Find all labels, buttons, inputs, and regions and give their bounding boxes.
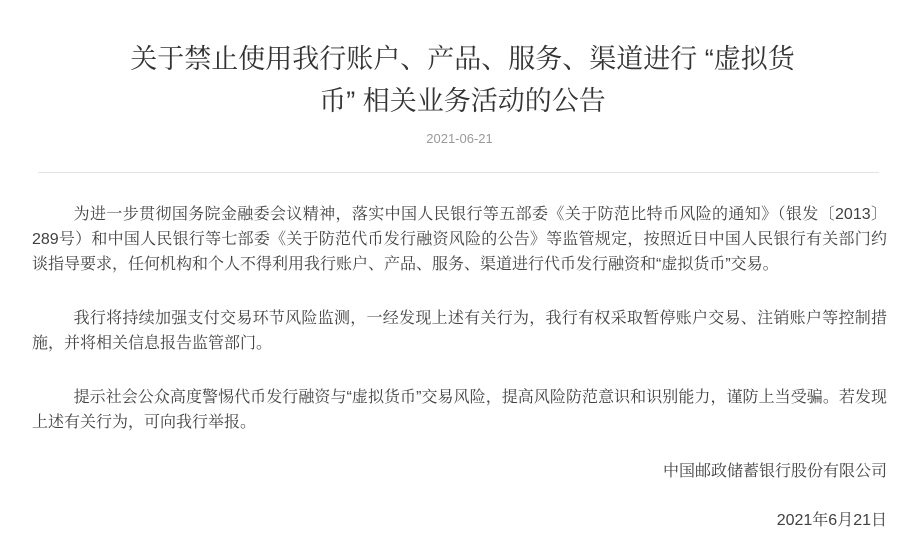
issue-date: 2021年6月21日 xyxy=(32,508,887,533)
body-paragraph-1: 为进一步贯彻国务院金融委会议精神，落实中国人民银行等五部委《关于防范比特币风险的… xyxy=(32,202,887,277)
publish-date: 2021-06-21 xyxy=(32,131,887,147)
body-paragraph-2: 我行将持续加强支付交易环节风险监测，一经发现上述有关行为，我行有权采取暂停账户交… xyxy=(32,306,887,356)
page-title: 关于禁止使用我行账户、产品、服务、渠道进行 “虚拟货 币” 相关业务活动的公告 xyxy=(78,38,847,122)
body-paragraph-3: 提示社会公众高度警惕代币发行融资与“虚拟货币”交易风险，提高风险防范意识和识别能… xyxy=(32,385,887,435)
issuer-name: 中国邮政储蓄银行股份有限公司 xyxy=(32,459,887,484)
divider xyxy=(38,172,879,173)
announcement-page: 关于禁止使用我行账户、产品、服务、渠道进行 “虚拟货 币” 相关业务活动的公告 … xyxy=(0,0,903,555)
announcement-body: 为进一步贯彻国务院金融委会议精神，落实中国人民银行等五部委《关于防范比特币风险的… xyxy=(32,202,887,435)
